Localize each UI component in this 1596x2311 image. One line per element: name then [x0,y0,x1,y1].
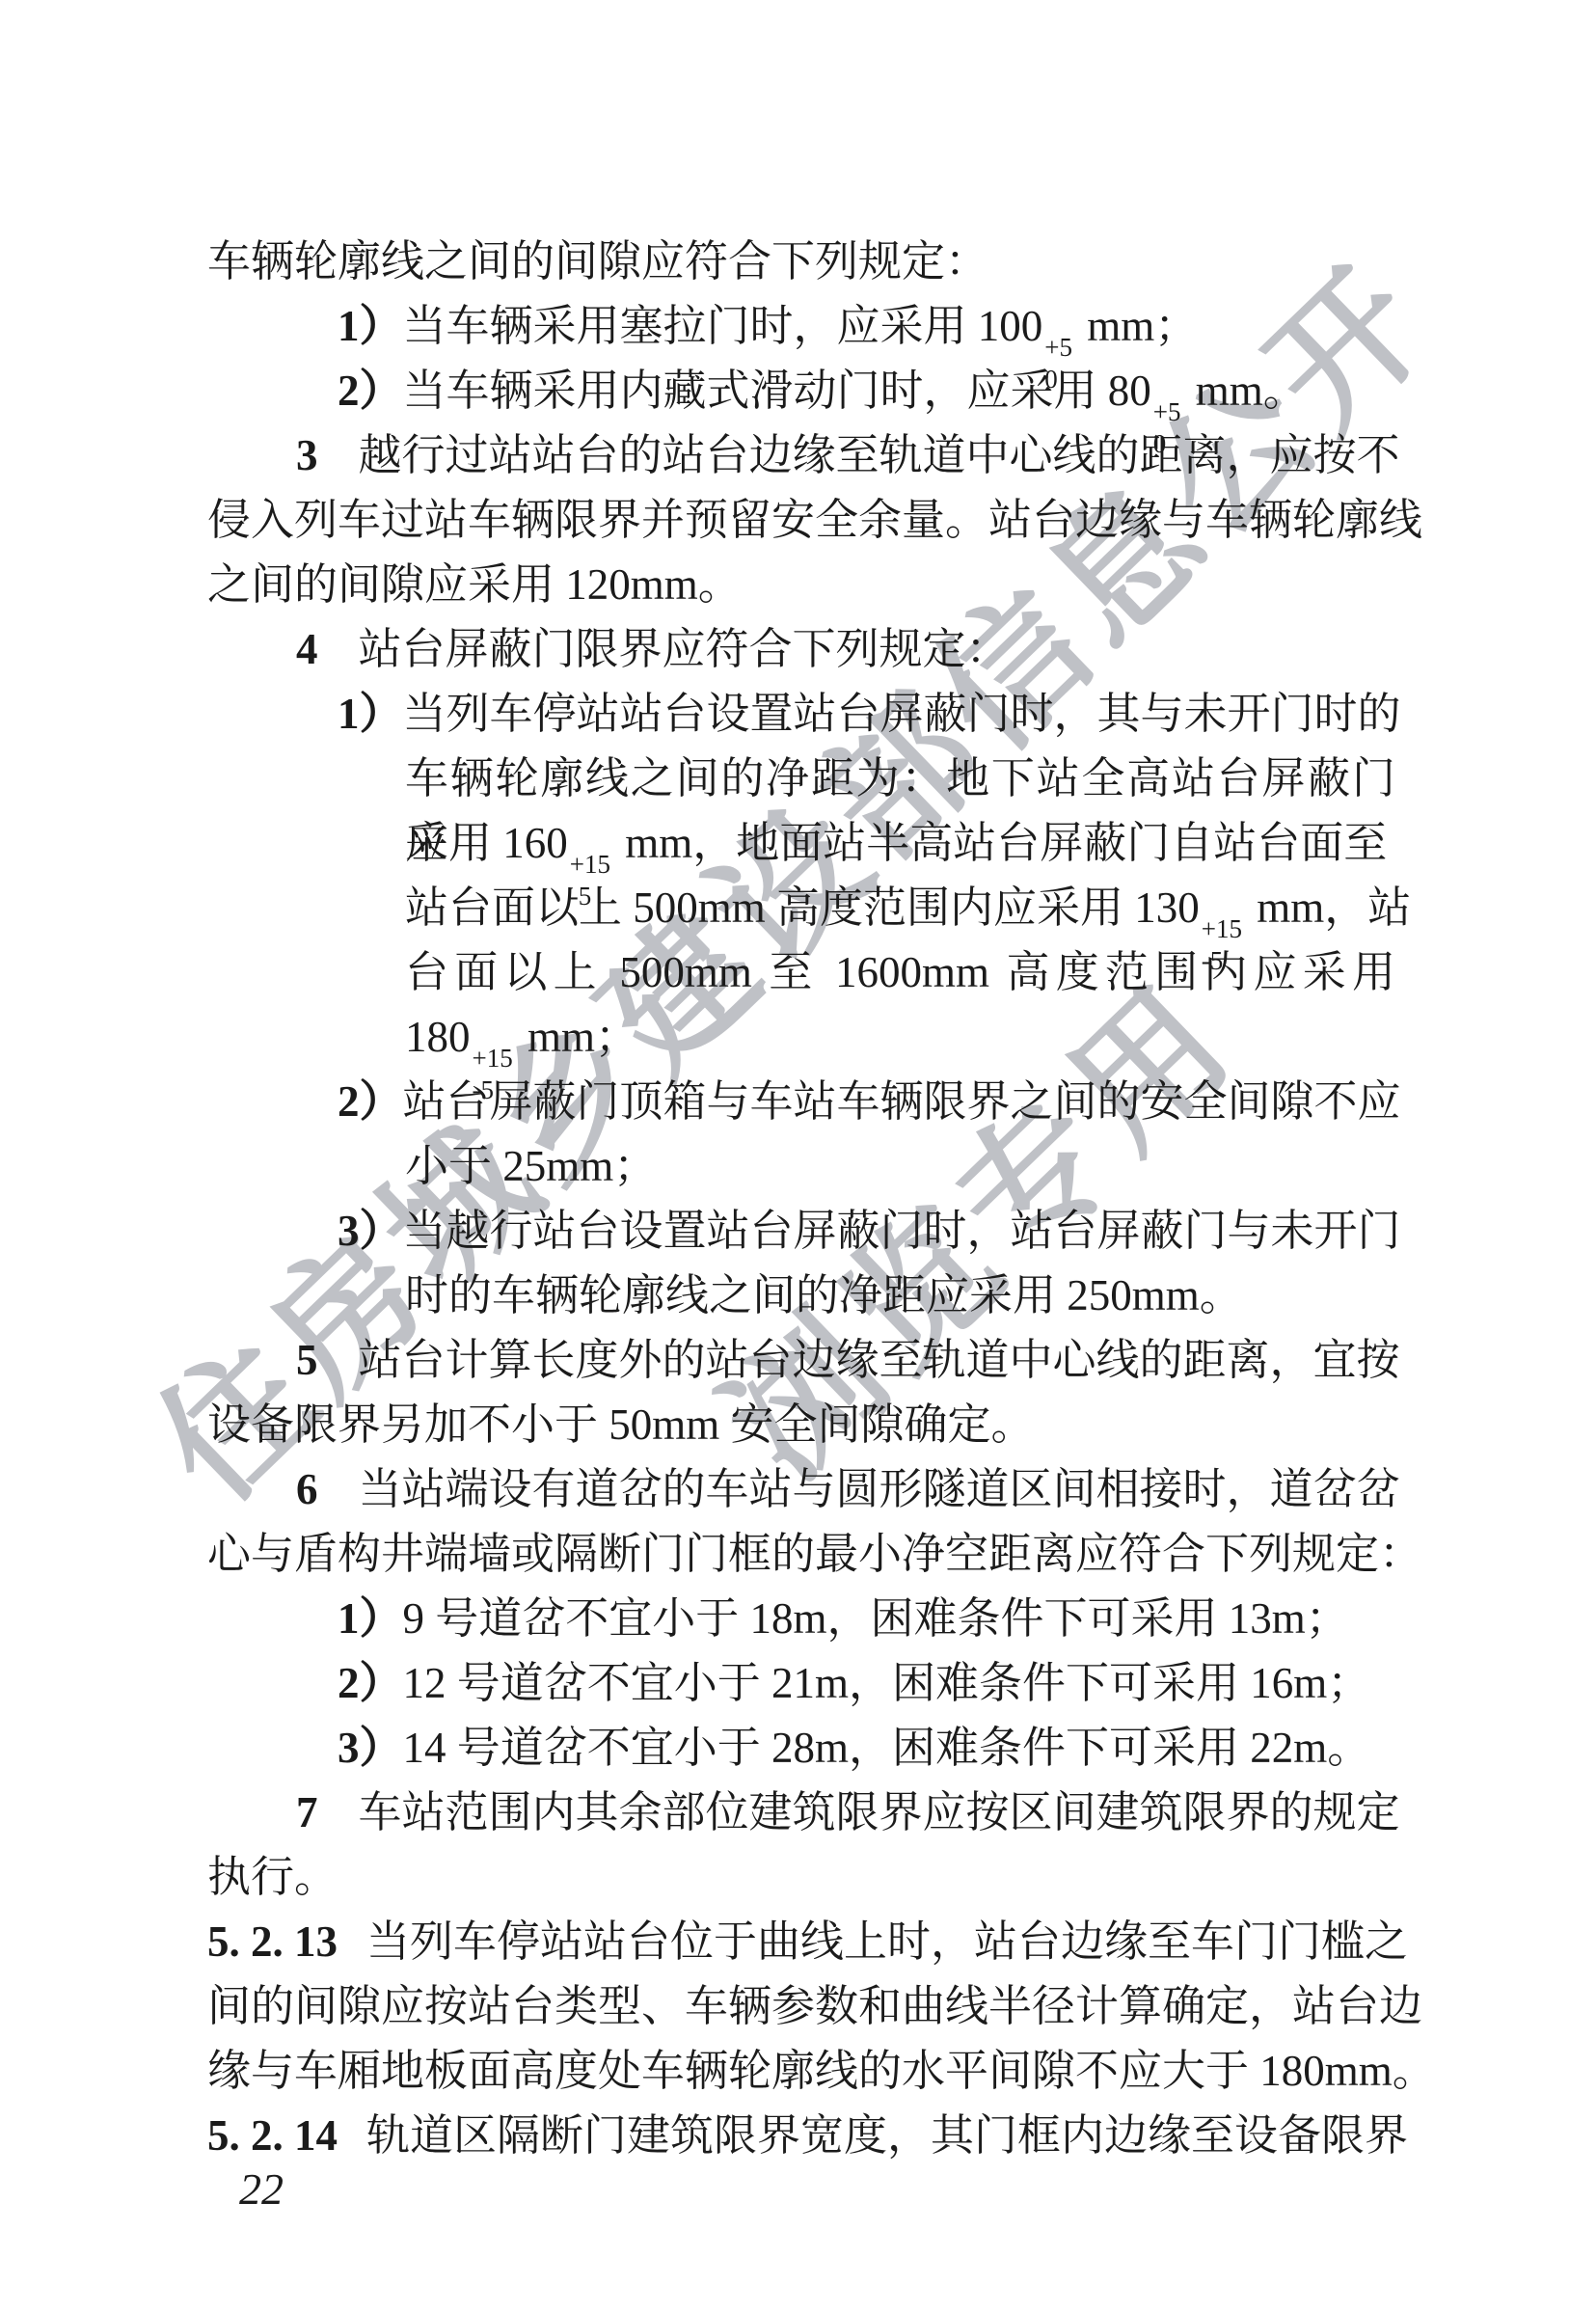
tolerance-base-value: 100 [978,302,1043,350]
text-line: 3越行过站站台的站台边缘至轨道中心线的距离，应按不 [207,423,1395,488]
text-line: 1）9 号道岔不宜小于 18m，困难条件下可采用 13m； [207,1587,1395,1651]
text-line: 180+15-5 mm； [207,1005,1395,1070]
clause-marker: 2） [338,1077,403,1126]
text-line: 间的间隙应按站台类型、车辆参数和曲线半径计算确定，站台边 [207,1974,1395,2039]
tolerance-upper: +15 [473,1046,513,1072]
clause-marker: 3 [296,431,318,479]
text-line: 心与盾构井端墙或隔断门门框的最小净空距离应符合下列规定： [207,1522,1395,1587]
text-line: 1）当车辆采用塞拉门时，应采用 100+50 mm； [207,294,1395,359]
text-line: 5. 2. 13当列车停站站台位于曲线上时，站台边缘至车门门槛之 [207,1910,1395,1974]
tolerance-base-value: 160 [502,819,568,867]
tolerance-upper: +15 [570,852,610,878]
document-body: 车辆轮廓线之间的间隙应符合下列规定：1）当车辆采用塞拉门时，应采用 100+50… [207,230,1395,2168]
page-number: 22 [239,2161,284,2218]
clause-marker: 6 [296,1465,318,1513]
text-line: 小于 25mm； [207,1134,1395,1199]
text-line: 台面以上 500mm 至 1600mm 高度范围内应采用 [207,940,1395,1005]
text-line: 2）站台屏蔽门顶箱与车站车辆限界之间的安全间隙不应 [207,1070,1395,1134]
text-line: 6当站端设有道岔的车站与圆形隧道区间相接时，道岔岔 [207,1457,1395,1522]
text-line: 站台面以上 500mm 高度范围内应采用 130+15-5 mm，站 [207,876,1395,940]
clause-marker: 2） [338,1659,403,1707]
text-line: 执行。 [207,1845,1395,1910]
text-line: 车辆轮廓线之间的间隙应符合下列规定： [207,230,1395,294]
text-line: 5. 2. 14轨道区隔断门建筑限界宽度，其门框内边缘至设备限界 [207,2104,1395,2168]
clause-marker: 1） [338,302,403,350]
text-line: 之间的间隙应采用 120mm。 [207,553,1395,617]
text-line: 车辆轮廓线之间的净距为：地下站全高站台屏蔽门应 [207,747,1395,811]
text-line: 侵入列车过站车辆限界并预留安全余量。站台边缘与车辆轮廓线 [207,488,1395,553]
text-line: 2）当车辆采用内藏式滑动门时，应采用 80+50 mm。 [207,359,1395,423]
tolerance-upper: +15 [1202,916,1242,942]
clause-marker: 5. 2. 14 [207,2111,338,2160]
text-line: 5站台计算长度外的站台边缘至轨道中心线的距离，宜按 [207,1328,1395,1393]
text-line: 采用 160+15-5 mm，地面站半高站台屏蔽门自站台面至 [207,811,1395,876]
clause-marker: 3） [338,1724,403,1772]
text-line: 2）12 号道岔不宜小于 21m，困难条件下可采用 16m； [207,1651,1395,1716]
text-line: 1）当列车停站站台设置站台屏蔽门时，其与未开门时的 [207,682,1395,747]
clause-marker: 4 [296,625,318,673]
tolerance-base-value: 130 [1134,884,1200,932]
text-line: 时的车辆轮廓线之间的净距应采用 250mm。 [207,1264,1395,1328]
clause-marker: 3） [338,1207,403,1255]
clause-marker: 1） [338,1594,403,1643]
clause-marker: 1） [338,690,403,738]
text-line: 3）14 号道岔不宜小于 28m，困难条件下可采用 22m。 [207,1716,1395,1781]
text-line: 3）当越行站台设置站台屏蔽门时，站台屏蔽门与未开门 [207,1199,1395,1264]
text-line: 4站台屏蔽门限界应符合下列规定： [207,617,1395,682]
tolerance-upper: +5 [1153,399,1181,425]
text-line: 缘与车厢地板面高度处车辆轮廓线的水平间隙不应大于 180mm。 [207,2039,1395,2104]
text-line: 设备限界另加不小于 50mm 安全间隙确定。 [207,1393,1395,1457]
clause-marker: 2） [338,367,403,415]
tolerance-base-value: 80 [1108,367,1151,415]
clause-marker: 5 [296,1336,318,1384]
clause-marker: 5. 2. 13 [207,1917,338,1966]
document-page: 住房城乡建设部信息公开 浏览专用 车辆轮廓线之间的间隙应符合下列规定：1）当车辆… [0,0,1596,2311]
text-line: 7车站范围内其余部位建筑限界应按区间建筑限界的规定 [207,1781,1395,1845]
clause-marker: 7 [296,1788,318,1836]
tolerance-base-value: 180 [405,1013,471,1061]
tolerance-upper: +5 [1044,335,1072,361]
